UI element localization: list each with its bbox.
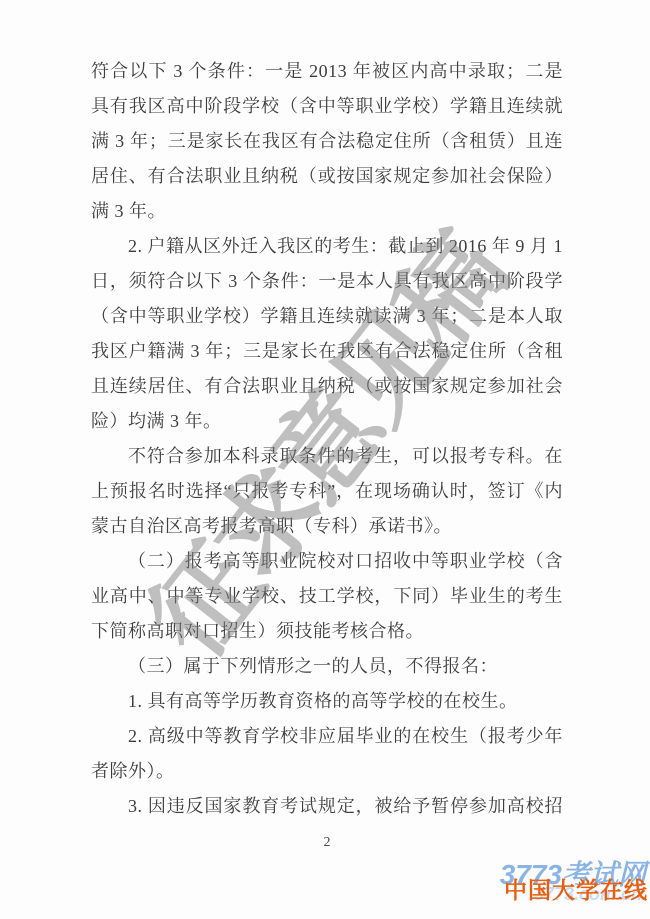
text-line: 不符合参加本科录取条件的考生，可以报考专科。在网 <box>91 439 563 474</box>
document-page: 符合以下 3 个条件：一是 2013 年被区内高中录取；二是本人具有我区高中阶段… <box>0 0 650 919</box>
text-line: 者除外）。 <box>91 754 563 789</box>
page-number: 2 <box>91 835 563 851</box>
text-line: 具有我区高中阶段学校（含中等职业学校）学籍且连续就读 <box>91 89 563 124</box>
text-line: 险）均满 3 年。 <box>91 404 563 439</box>
text-line: 2. 高级中等教育学校非应届毕业的在校生（报考少年班 <box>91 719 563 754</box>
text-line: 且连续居住、有合法职业且纳税（或按国家规定参加社会保 <box>91 369 563 404</box>
text-line: 符合以下 3 个条件：一是 2013 年被区内高中录取；二是本人 <box>91 54 563 89</box>
logo-tagline: 中国大学在线 <box>504 872 648 905</box>
text-line: 居住、有合法职业且纳税（或按国家规定参加社会保险）均 <box>91 159 563 194</box>
document-body: 符合以下 3 个条件：一是 2013 年被区内高中录取；二是本人具有我区高中阶段… <box>91 54 563 824</box>
text-line: 2. 户籍从区外迁入我区的考生：截止到 2016 年 9 月 1 <box>91 229 563 264</box>
text-line: 满 3 年。 <box>91 194 563 229</box>
text-line: 3. 因违反国家教育考试规定，被给予暂停参加高校招生 <box>91 789 563 824</box>
text-line: 蒙古自治区高考报考高职（专科）承诺书》。 <box>91 509 563 544</box>
text-line: （二）报考高等职业院校对口招收中等职业学校（含职 <box>91 544 563 579</box>
site-logo: 3773考试网 3773.com.cn 中国大学在线 <box>473 853 648 915</box>
text-line: 业高中、中等专业学校、技工学校，下同）毕业生的考生（以 <box>91 579 563 614</box>
text-line: 我区户籍满 3 年；三是家长在我区有合法稳定住所（含租赁） <box>91 334 563 369</box>
text-line: （含中等职业学校）学籍且连续就读满 3 年；二是本人取得 <box>91 299 563 334</box>
text-line: 上预报名时选择“只报考专科”，在现场确认时，签订《内 <box>91 474 563 509</box>
text-line: 满 3 年；三是家长在我区有合法稳定住所（含租赁）且连续 <box>91 124 563 159</box>
text-line: 日，须符合以下 3 个条件：一是本人具有我区高中阶段学校 <box>91 264 563 299</box>
text-line: 下简称高职对口招生）须技能考核合格。 <box>91 614 563 649</box>
text-line: （三）属于下列情形之一的人员，不得报名： <box>91 649 563 684</box>
text-line: 1. 具有高等学历教育资格的高等学校的在校生。 <box>91 684 563 719</box>
